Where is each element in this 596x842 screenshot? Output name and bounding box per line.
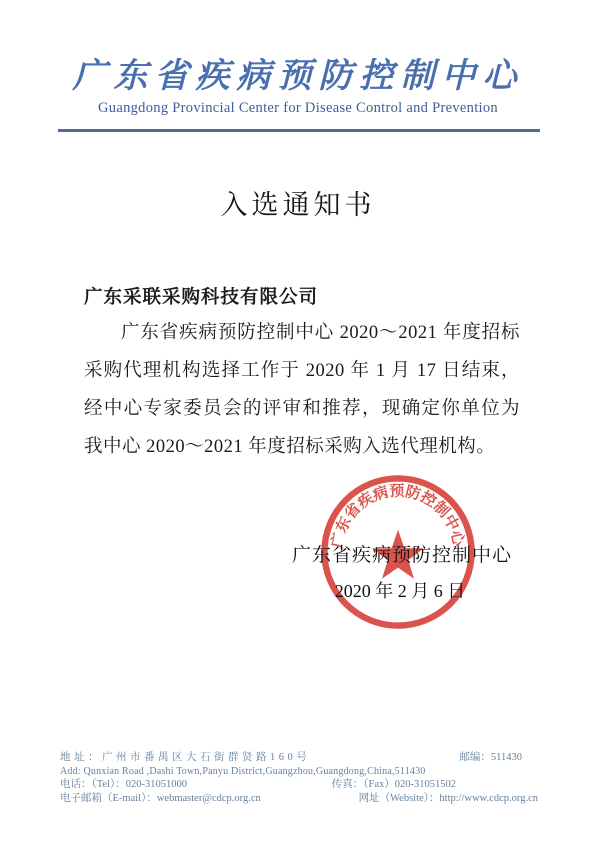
footer-zip: 邮编：511430 xyxy=(459,751,522,765)
fax-label: 传真：（Fax） xyxy=(332,779,395,790)
footer-fax: 传真：（Fax）020-31051502 xyxy=(332,778,456,792)
zip-value: 511430 xyxy=(491,752,522,763)
footer-phone-row: 电话：（Tel）：020-31051000 传真：（Fax）020-310515… xyxy=(60,778,538,792)
footer-address: 地址：广州市番禺区大石街群贤路160号 xyxy=(60,751,310,765)
addressee-company: 广东采联采购科技有限公司 xyxy=(84,283,318,309)
letterhead-divider xyxy=(58,129,540,132)
address-label: 地址： xyxy=(60,752,102,763)
zip-label: 邮编： xyxy=(459,752,491,763)
footer-address-row: 地址：广州市番禺区大石街群贤路160号 邮编：511430 xyxy=(60,751,538,765)
tel-value: 020-31051000 xyxy=(126,779,187,790)
website-label: 网址（Website）： xyxy=(359,793,440,804)
org-name-english: Guangdong Provincial Center for Disease … xyxy=(0,100,596,117)
org-name-calligraphy: 广东省疾病预防控制中心 xyxy=(0,48,596,97)
email-label: 电子邮箱（E-mail）： xyxy=(60,793,157,804)
footer-website: 网址（Website）：http://www.cdcp.org.cn xyxy=(359,792,538,806)
notice-body-paragraph: 广东省疾病预防控制中心 2020～2021 年度招标采购代理机构选择工作于 20… xyxy=(84,314,520,466)
scanned-notice-page: 广东省疾病预防控制中心 Guangdong Provincial Center … xyxy=(0,0,596,842)
notice-title: 入选通知书 xyxy=(0,183,596,222)
signature-org: 广东省疾病预防控制中心 xyxy=(0,540,512,567)
address-value: 广州市番禺区大石街群贤路160号 xyxy=(102,752,310,763)
footer-email: 电子邮箱（E-mail）：webmaster@cdcp.org.cn xyxy=(60,792,261,806)
signature-date: 2020 年 2 月 6 日 xyxy=(330,577,470,603)
tel-label: 电话：（Tel）： xyxy=(60,779,126,790)
footer-online-row: 电子邮箱（E-mail）：webmaster@cdcp.org.cn 网址（We… xyxy=(60,792,538,806)
website-value: http://www.cdcp.org.cn xyxy=(439,793,538,804)
fax-value: 020-31051502 xyxy=(395,779,456,790)
footer-tel: 电话：（Tel）：020-31051000 xyxy=(60,778,187,792)
email-value: webmaster@cdcp.org.cn xyxy=(157,793,261,804)
footer-contact-block: 地址：广州市番禺区大石街群贤路160号 邮编：511430 Add: Qunxi… xyxy=(60,751,538,805)
address-english: Add: Qunxian Road ,Dashi Town,Panyu Dist… xyxy=(60,765,426,779)
footer-address-english-row: Add: Qunxian Road ,Dashi Town,Panyu Dist… xyxy=(60,765,538,779)
